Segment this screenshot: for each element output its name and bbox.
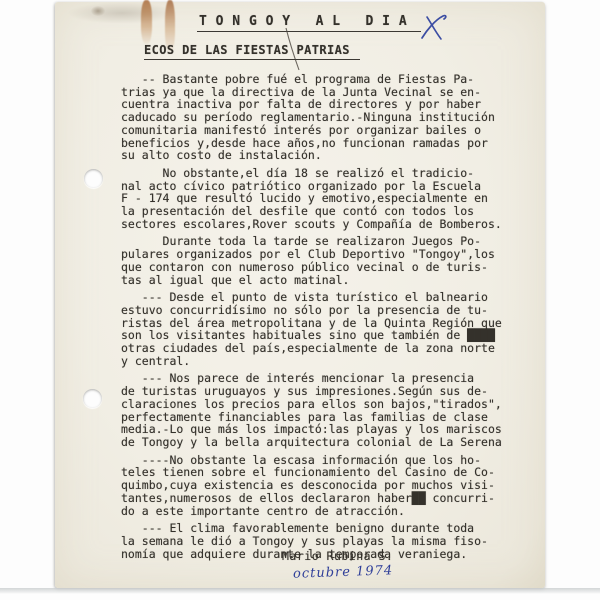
document-page: T O N G O Y A L D I A ECOS DE LAS FIESTA… xyxy=(55,2,545,588)
paragraph-1: -- Bastante pobre fué el programa de Fie… xyxy=(121,73,541,162)
document-body: -- Bastante pobre fué el programa de Fie… xyxy=(121,73,541,565)
paragraph-2: No obstante,el día 18 se realizó el trad… xyxy=(121,167,541,231)
smudge-stain xyxy=(67,2,177,24)
paragraph-5: --- Nos parece de interés mencionar la p… xyxy=(121,372,541,448)
document-title: T O N G O Y A L D I A xyxy=(197,14,421,32)
paragraph-6: ----No obstante la escasa información qu… xyxy=(121,454,541,518)
document-subtitle: ECOS DE LAS FIESTAS PATRIAS xyxy=(144,43,360,60)
handwritten-date: octubre 1974 xyxy=(293,563,394,581)
punch-hole-top xyxy=(84,169,103,188)
rust-stain-left xyxy=(141,0,152,44)
pen-x-mark-icon xyxy=(418,12,452,46)
punch-hole-bottom xyxy=(83,389,102,408)
signature: Mario Rubina S. xyxy=(282,549,393,563)
paragraph-3: Durante toda la tarde se realizaron Jueg… xyxy=(121,235,541,286)
dirt-spot xyxy=(91,6,105,16)
scan-background: T O N G O Y A L D I A ECOS DE LAS FIESTA… xyxy=(0,0,600,600)
paragraph-4: --- Desde el punto de vista turístico el… xyxy=(121,291,541,367)
scan-edge-shadow xyxy=(0,588,600,594)
